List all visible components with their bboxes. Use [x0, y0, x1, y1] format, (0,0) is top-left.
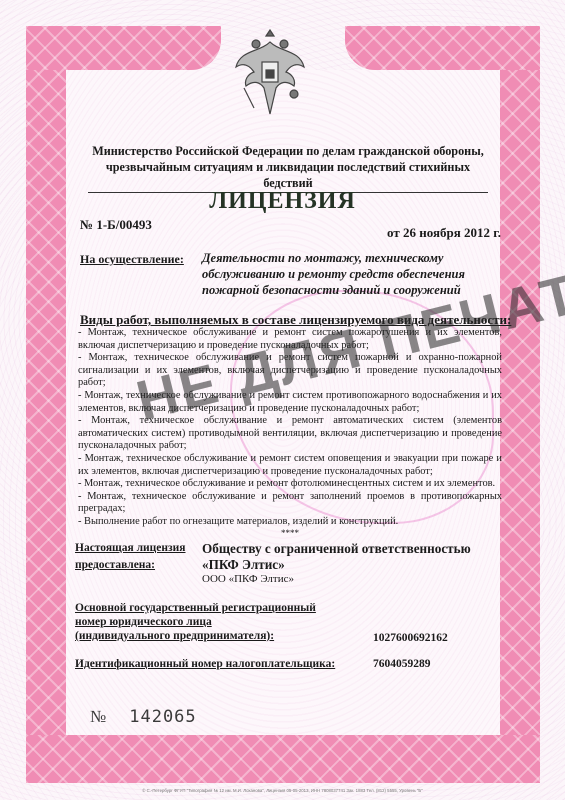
work-item: - Монтаж, техническое обслуживание и рем… [78, 390, 502, 415]
license-document: Министерство Российской Федерации по дел… [0, 0, 565, 800]
work-item: - Монтаж, техническое обслуживание и рем… [78, 453, 502, 478]
granted-label-line-1: Настоящая лицензия [75, 542, 186, 554]
purpose-text: Деятельности по монтажу, техническому об… [202, 250, 502, 298]
work-item: - Выполнение работ по огнезащите материа… [78, 516, 502, 529]
license-number: № 1-Б/00493 [80, 217, 152, 233]
granted-label: Настоящая лицензия предоставлена: [75, 540, 195, 574]
work-item: - Монтаж, техническое обслуживание и рем… [78, 327, 502, 352]
work-item: - Монтаж, техническое обслуживание и рем… [78, 415, 502, 453]
ogrn-label-line-2: номер юридического лица [75, 615, 316, 629]
licensee-short-name: ООО «ПКФ Элтис» [202, 573, 294, 585]
license-date: от 26 ноября 2012 г. [387, 225, 501, 241]
printer-imprint: © С.-Петербург ФГУП "Типография № 12 им.… [0, 788, 565, 793]
frame-top-left-border [26, 26, 221, 70]
document-title: ЛИЦЕНЗИЯ [0, 188, 565, 215]
frame-bottom-border [26, 735, 540, 783]
form-serial-number: №142065 [90, 707, 197, 727]
ministry-line-1: Министерство Российской Федерации по дел… [88, 143, 488, 159]
frame-left-border [26, 26, 66, 736]
ogrn-value: 1027600692162 [373, 632, 448, 644]
separator: **** [78, 529, 502, 537]
licensee-line-1: Обществу с ограниченной ответственностью [202, 541, 471, 557]
purpose-label: На осуществление: [80, 252, 184, 267]
ogrn-label: Основной государственный регистрационный… [75, 601, 316, 643]
inn-label: Идентификационный номер налогоплательщик… [75, 658, 335, 670]
number-sign: № [90, 707, 107, 726]
licensee-line-2: «ПКФ Элтис» [202, 557, 471, 573]
works-heading: Виды работ, выполняемых в составе лиценз… [80, 312, 511, 328]
work-item: - Монтаж, техническое обслуживание и рем… [78, 352, 502, 390]
granted-label-line-2: предоставлена: [75, 559, 155, 571]
licensee-name: Обществу с ограниченной ответственностью… [202, 541, 471, 573]
frame-right-border [500, 26, 540, 736]
ogrn-label-line-1: Основной государственный регистрационный [75, 601, 316, 615]
inn-value: 7604059289 [373, 658, 431, 670]
work-item: - Монтаж, техническое обслуживание и рем… [78, 478, 502, 491]
works-list: - Монтаж, техническое обслуживание и рем… [78, 327, 502, 537]
serial-value: 142065 [129, 707, 196, 727]
coat-of-arms-icon [230, 22, 310, 122]
work-item: - Монтаж, техническое обслуживание и рем… [78, 491, 502, 516]
ogrn-label-line-3: (индивидуального предпринимателя): [75, 629, 316, 643]
frame-top-right-border [345, 26, 540, 70]
issuing-authority: Министерство Российской Федерации по дел… [88, 143, 488, 193]
